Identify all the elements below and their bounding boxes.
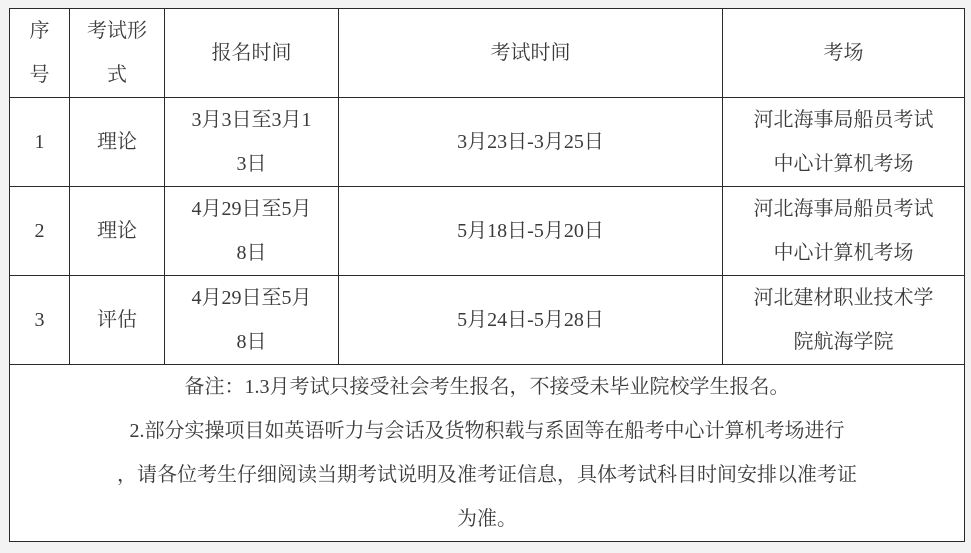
header-registration-time: 报名时间 [165, 9, 339, 98]
header-exam-type: 考试形 式 [70, 9, 165, 98]
row-venue: 河北海事局船员考试 中心计算机考场 [723, 98, 965, 187]
row-registration-time: 4月29日至5月 8日 [165, 276, 339, 365]
row-index: 2 [10, 187, 70, 276]
venue-line2: 院航海学院 [727, 320, 960, 364]
notes-cell: 备注：1.3月考试只接受社会考生报名，不接受未毕业院校学生报名。 2.部分实操项… [10, 365, 965, 542]
registration-line1: 4月29日至5月 [169, 187, 334, 231]
header-row: 序 号 考试形 式 报名时间 考试时间 考场 [10, 9, 965, 98]
venue-line1: 河北建材职业技术学 [727, 276, 960, 320]
notes-row: 备注：1.3月考试只接受社会考生报名，不接受未毕业院校学生报名。 2.部分实操项… [10, 365, 965, 542]
note-line-3: ，请各位考生仔细阅读当期考试说明及准考证信息，具体考试科目时间安排以准考证 [14, 453, 960, 497]
header-index-line2: 号 [14, 53, 65, 97]
table-row: 3 评估 4月29日至5月 8日 5月24日-5月28日 河北建材职业技术学 院… [10, 276, 965, 365]
note-line-2: 2.部分实操项目如英语听力与会话及货物积载与系固等在船考中心计算机考场进行 [14, 409, 960, 453]
venue-line2: 中心计算机考场 [727, 231, 960, 275]
note-line-4: 为准。 [14, 497, 960, 541]
header-exam-type-line2: 式 [74, 53, 160, 97]
row-registration-time: 4月29日至5月 8日 [165, 187, 339, 276]
registration-line1: 3月3日至3月1 [169, 98, 334, 142]
row-exam-type: 理论 [70, 187, 165, 276]
row-registration-time: 3月3日至3月1 3日 [165, 98, 339, 187]
row-index: 1 [10, 98, 70, 187]
venue-line2: 中心计算机考场 [727, 142, 960, 186]
registration-line2: 8日 [169, 320, 334, 364]
exam-schedule-table: 序 号 考试形 式 报名时间 考试时间 考场 1 理论 3月3日至3月1 3日 … [9, 8, 965, 542]
header-index: 序 号 [10, 9, 70, 98]
registration-line2: 3日 [169, 142, 334, 186]
header-venue: 考场 [723, 9, 965, 98]
table-row: 1 理论 3月3日至3月1 3日 3月23日-3月25日 河北海事局船员考试 中… [10, 98, 965, 187]
row-exam-time: 5月24日-5月28日 [339, 276, 723, 365]
row-venue: 河北建材职业技术学 院航海学院 [723, 276, 965, 365]
venue-line1: 河北海事局船员考试 [727, 187, 960, 231]
row-exam-type: 理论 [70, 98, 165, 187]
registration-line1: 4月29日至5月 [169, 276, 334, 320]
note-line-1: 备注：1.3月考试只接受社会考生报名，不接受未毕业院校学生报名。 [14, 365, 960, 409]
header-exam-time: 考试时间 [339, 9, 723, 98]
header-index-line1: 序 [14, 9, 65, 53]
registration-line2: 8日 [169, 231, 334, 275]
venue-line1: 河北海事局船员考试 [727, 98, 960, 142]
row-index: 3 [10, 276, 70, 365]
row-exam-time: 3月23日-3月25日 [339, 98, 723, 187]
row-exam-type: 评估 [70, 276, 165, 365]
header-exam-type-line1: 考试形 [74, 9, 160, 53]
table-row: 2 理论 4月29日至5月 8日 5月18日-5月20日 河北海事局船员考试 中… [10, 187, 965, 276]
row-exam-time: 5月18日-5月20日 [339, 187, 723, 276]
row-venue: 河北海事局船员考试 中心计算机考场 [723, 187, 965, 276]
